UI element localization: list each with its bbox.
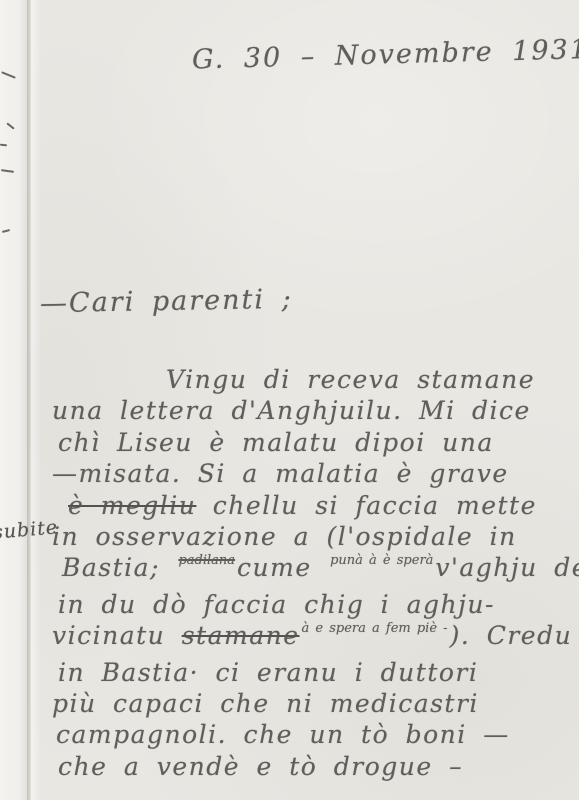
handwritten-text: v'aghju dettu [435,553,579,582]
date-line: G. 30 – Novembre 1931 [192,36,533,76]
handwritten-text: —misata. Si a malatia è grave [52,459,509,488]
body-line: è megliu chellu si faccia mette [52,490,557,521]
body-line: una lettera d'Anghjuilu. Mi dice [52,395,557,426]
body-line: più capaci che ni medicastri [52,688,557,719]
body-line: Bastia; padilanacume punà à è speràv'agh… [52,552,557,588]
handwritten-text: chì Liseu è malatu dipoi una [58,428,494,457]
handwritten-text: una lettera d'Anghjuilu. Mi dice [52,396,531,425]
struck-inserted-word: padilana [178,545,235,576]
body-line: in osservazione a (l'ospidale in [52,521,557,552]
handwritten-text: che a vendè e tò drogue – [58,752,463,781]
body-line: Vingu di receva stamane [52,364,557,395]
body-line: —misata. Si a malatia è grave [52,458,557,489]
margin-note: subite [0,516,59,544]
struck-word: è megliu [68,491,196,520]
handwritten-text: vicinatu [52,621,182,650]
handwritten-text: cume [237,553,328,582]
handwritten-text: in Bastia· ci eranu i duttori [58,658,478,687]
letter-scan-page: G. 30 – Novembre 1931 —Cari parenti ; su… [0,0,579,800]
handwritten-text: campagnoli. che un tò boni — [56,720,510,749]
page-fold-edge [0,0,27,800]
handwritten-text: ). Credu chè [450,621,579,650]
letter-body: Vingu di receva stamaneuna lettera d'Ang… [52,364,557,782]
body-line: vicinatu stamaneà e spera a fem piè -). … [52,620,557,656]
handwritten-text: chellu si faccia mette [196,491,537,520]
body-line: chì Liseu è malatu dipoi una [52,427,557,458]
struck-word: stamane [182,621,300,650]
handwritten-text: Bastia; [62,553,176,582]
body-line: che a vendè e tò drogue – [52,751,557,782]
handwritten-text: più capaci che ni medicastri [52,689,479,718]
salutation: —Cari parenti ; [40,284,293,319]
inserted-word: à e spera a fem piè - [302,613,448,644]
body-line: campagnoli. che un tò boni — [52,719,557,750]
handwritten-text: in osservazione a (l'ospidale in [52,522,517,551]
body-line: in Bastia· ci eranu i duttori [52,657,557,688]
inserted-word: punà à è sperà [330,545,433,576]
handwritten-text: Vingu di receva stamane [166,365,535,394]
page-crease-highlight [31,0,41,800]
